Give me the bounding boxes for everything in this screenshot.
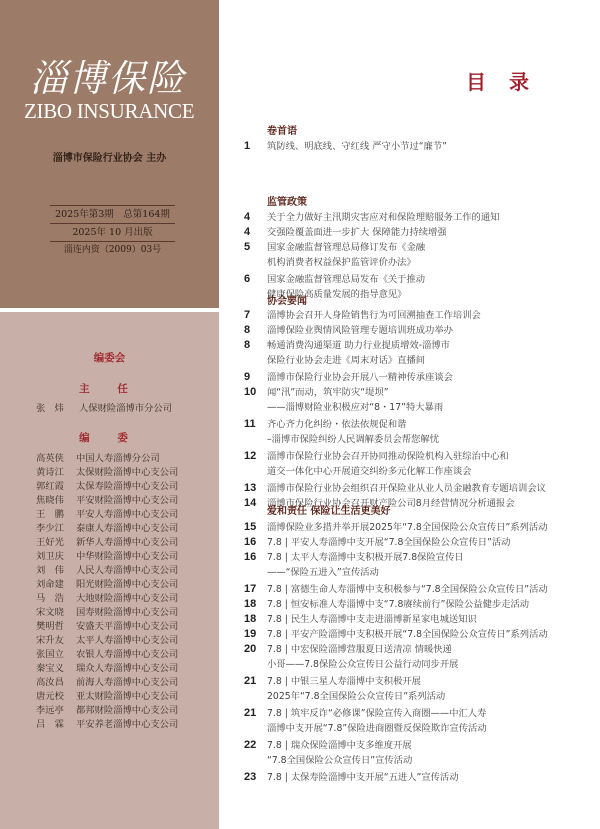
toc-entry[interactable]: 4关于全力做好主汛期灾害应对和保险理赔服务工作的通知 [244,210,499,225]
member-org: 新华人寿淄博中心支公司 [76,536,178,550]
toc-page-number: 5 [244,240,264,255]
toc-entry-title: 7.8 | 平安人寿淄博中支开展“7.8全国保险公众宣传日”活动 [267,535,510,550]
member-row: 李少江泰康人寿淄博中心支公司 [36,522,178,536]
toc-entry-title: ——淄博财险业积极应对“8・17”特大暴雨 [267,400,443,415]
director-row: 张 炜 人保财险淄博市分公司 [36,402,172,416]
toc-entry[interactable]: 12淄博市保险行业协会召开协同推动保险机构入驻综治中心和道交一体化中心开展道交纠… [244,449,509,479]
member-row: 王 鹏平安人寿淄博中心支公司 [36,508,178,522]
member-org: 瑞众人寿淄博中心支公司 [76,662,178,676]
toc-page-number: 22 [244,738,264,753]
toc-page-number: 19 [244,627,264,642]
issue-number: 2025年第3期 总第164期 [50,206,175,223]
member-org: 人保财险淄博市分公司 [79,402,172,416]
toc-page-number: 15 [244,520,264,535]
member-row: 焦晓伟平安财险淄博中心支公司 [36,494,178,508]
member-row: 唐元校亚太财险淄博中心支公司 [36,690,178,704]
member-org: 农银人寿淄博中心支公司 [76,648,178,662]
toc-page-number: 4 [244,225,264,240]
member-name: 李少江 [36,522,76,536]
toc-entry[interactable]: 13淄博市保险行业协会组织召开保险业从业人员金融教育专题培训会议 [244,481,546,496]
member-name: 吕 霖 [36,718,76,732]
toc-entry-title: 淄博保险业舆情风险管理专题培训班成功举办 [267,323,453,338]
toc-entry[interactable]: 237.8 | 太保寿险淄博中支开展“五进人”宣传活动 [244,770,459,785]
toc-entry-title: 7.8 | 筑牢反诈“必修课”保险宣传入商圈——中汇人寿 [267,706,487,721]
member-row: 宋文晓国寿财险淄博中心支公司 [36,606,178,620]
member-name: 刘卫庆 [36,550,76,564]
toc-entry[interactable]: 167.8 | 平安人寿淄博中支开展“7.8全国保险公众宣传日”活动 [244,535,510,550]
member-row: 秦宝义瑞众人寿淄博中心支公司 [36,662,178,676]
toc-page-number: 6 [244,272,264,287]
toc-entry[interactable]: 177.8 | 富德生命人寿淄博中支积极参与“7.8全国保险公众宣传日”活动 [244,582,548,597]
toc-page-number: 9 [244,370,264,385]
toc-entry[interactable]: 10闻“汛”而动，筑牢防灾“堤坝”——淄博财险业积极应对“8・17”特大暴雨 [244,385,443,415]
toc-section-heading: 协会要闻 [267,292,307,307]
member-name: 马 浩 [36,592,76,606]
toc-entry[interactable]: 217.8 | 中银三星人寿淄博中支积极开展2025年“7.8全国保险公众宣传日… [244,674,445,704]
director-heading: 主 任 [0,381,219,396]
member-name: 张 炜 [36,402,76,416]
members-heading: 编 委 [0,430,219,445]
member-row: 高汝昌前海人寿淄博中心支公司 [36,676,178,690]
member-name: 宋文晓 [36,606,76,620]
member-row: 宋升友太平人寿淄博中心支公司 [36,634,178,648]
member-row: 刘 伟人民人寿淄博中心支公司 [36,564,178,578]
member-row: 张国立农银人寿淄博中心支公司 [36,648,178,662]
member-org: 平安养老淄博中心支公司 [76,718,178,732]
toc-section-heading: 爱和责任 保险让生活更美好 [267,502,390,517]
member-org: 国寿财险淄博中心支公司 [76,606,178,620]
toc-entry-title: –淄博市保险纠纷人民调解委员会帮您解忧 [267,432,439,447]
toc-section-heading: 卷首语 [267,122,297,137]
issue-info: 2025年第3期 总第164期 2025年 10 月出版 淄连内资（2009）0… [50,205,175,259]
member-row: 王好光新华人寿淄博中心支公司 [36,536,178,550]
toc-entry[interactable]: 1筑防线、明底线、守红线 严守小节过“廉节” [244,139,447,154]
member-name: 宋升友 [36,634,76,648]
toc-entry-title: ——“保险五进入”宣传活动 [267,565,464,580]
member-org: 太保寿险淄博中心支公司 [76,480,178,494]
toc-entry-title: 淄博市保险行业协会开展八一精神传承座谈会 [267,370,453,385]
toc-entry[interactable]: 227.8 | 瑞众保险淄博中支多维度开展“7.8全国保险公众宣传日”宣传活动 [244,738,412,768]
cover-panel: 淄博保险 ZIBO INSURANCE 淄博市保险行业协会 主办 2025年第3… [0,0,219,308]
member-org: 平安人寿淄博中心支公司 [76,508,178,522]
member-org: 泰康人寿淄博中心支公司 [76,522,178,536]
toc-page-number: 7 [244,308,264,323]
toc-entry-title: 7.8 | 太保寿险淄博中支开展“五进人”宣传活动 [267,770,459,785]
member-row: 吕 霖平安养老淄博中心支公司 [36,718,178,732]
toc-page-number: 21 [244,706,264,721]
member-org: 都邦财险淄博中心支公司 [76,704,178,718]
toc-page-number: 16 [244,535,264,550]
toc-page-number: 18 [244,597,264,612]
toc-page-number: 14 [244,496,264,511]
toc-page-number: 8 [244,338,264,353]
toc-entry[interactable]: 197.8 | 平安产险淄博中支积极开展“7.8全国保险公众宣传日”系列活动 [244,627,548,642]
toc-page-number: 12 [244,449,264,464]
toc-entry-title: 交强险覆盖面进一步扩大 保障能力持续增强 [267,225,447,240]
toc-entry-title: 淄博中支开展“7.8”保险进商圈暨反保险欺诈宣传活动 [267,721,487,736]
member-row: 黄诗江太保财险淄博中心支公司 [36,466,178,480]
toc-entry[interactable]: 187.8 | 恒安标准人寿淄博中支“7.8赓续前行”保险公益健步走活动 [244,597,529,612]
toc-page-number: 16 [244,550,264,565]
member-name: 李远亭 [36,704,76,718]
member-org: 中国人寿淄博分公司 [76,452,160,466]
logo-chinese: 淄博保险 [30,60,200,97]
member-name: 秦宝义 [36,662,76,676]
member-name: 黄诗江 [36,466,76,480]
member-name: 焦晓伟 [36,494,76,508]
toc-page-number: 17 [244,582,264,597]
toc-page-number: 18 [244,612,264,627]
member-row: 马 浩大地财险淄博中心支公司 [36,592,178,606]
toc-page-number: 8 [244,323,264,338]
toc-entry-title: “7.8全国保险公众宣传日”宣传活动 [267,753,412,768]
toc-entry[interactable]: 217.8 | 筑牢反诈“必修课”保险宣传入商圈——中汇人寿淄博中支开展“7.8… [244,706,487,736]
member-name: 刘 伟 [36,564,76,578]
member-name: 王 鹏 [36,508,76,522]
toc-page-number: 13 [244,481,264,496]
member-name: 郭红霞 [36,480,76,494]
member-org: 安盛天平淄博中心支公司 [76,620,178,634]
toc-entry-title: 淄博协会召开人身险销售行为可回溯抽查工作培训会 [267,308,481,323]
toc-entry-title: 7.8 | 太平人寿淄博中支积极开展7.8保险宣传日 [267,550,464,565]
member-name: 唐元校 [36,690,76,704]
permit-number: 淄连内资（2009）03号 [50,242,175,259]
toc-entry-title: 7.8 | 民生人寿淄博中支走进淄博新星家电城送知识 [267,612,477,627]
toc-entry-title: 国家金融监督管理总局修订发布《金融 [267,240,425,255]
member-org: 太保财险淄博中心支公司 [76,466,178,480]
member-org: 亚太财险淄博中心支公司 [76,690,178,704]
member-org: 阳光财险淄博中心支公司 [76,578,178,592]
toc-entry[interactable]: 167.8 | 太平人寿淄博中支积极开展7.8保险宣传日——“保险五进入”宣传活… [244,550,464,580]
toc-page-number: 4 [244,210,264,225]
toc-entry-title: 小哥——7.8保险公众宣传日公益行动同步开展 [267,657,458,672]
toc-page-number: 10 [244,385,264,400]
toc-entry[interactable]: 7淄博协会召开人身险销售行为可回溯抽查工作培训会 [244,308,481,323]
toc-entry-title: 7.8 | 中宏保险淄博营服夏日送清凉 情暖快递 [267,642,458,657]
member-org: 人民人寿淄博中心支公司 [76,564,178,578]
toc-page-number: 1 [244,139,264,154]
toc-entry[interactable]: 11齐心齐力化纠纷・依法依规促和谐–淄博市保险纠纷人民调解委员会帮您解忧 [244,417,439,447]
toc-entry[interactable]: 5国家金融监督管理总局修订发布《金融机构消费者权益保护监管评价办法》 [244,240,425,270]
member-name: 高英侠 [36,452,76,466]
toc-entry[interactable]: 15淄博保险业多措并举开展2025年“7.8全国保险公众宣传日”系列活动 [244,520,548,535]
member-name: 樊明哲 [36,620,76,634]
organizer-text: 淄博市保险行业协会 主办 [0,149,219,164]
member-name: 高汝昌 [36,676,76,690]
member-org: 大地财险淄博中心支公司 [76,592,178,606]
toc-entry[interactable]: 8畅通消费沟通渠道 助力行业提质增效-淄博市保险行业协会走进《周末对话》直播间 [244,338,450,368]
toc-entry-title: 筑防线、明底线、守红线 严守小节过“廉节” [267,139,447,154]
toc-section-heading: 监管政策 [267,193,307,208]
toc-page-number: 11 [244,417,264,432]
member-name: 刘命建 [36,578,76,592]
toc-entry[interactable]: 207.8 | 中宏保险淄博营服夏日送清凉 情暖快递小哥——7.8保险公众宣传日… [244,642,458,672]
toc-entry-title: 闻“汛”而动，筑牢防灾“堤坝” [267,385,443,400]
toc-entry-title: 机构消费者权益保护监管评价办法》 [267,255,425,270]
toc-entry-title: 淄博市保险行业协会组织召开保险业从业人员金融教育专题培训会议 [267,481,546,496]
member-org: 平安财险淄博中心支公司 [76,494,178,508]
toc-entry[interactable]: 187.8 | 民生人寿淄博中支走进淄博新星家电城送知识 [244,612,477,627]
publish-date: 2025年 10 月出版 [50,224,175,241]
toc-title: 目 录 [466,66,537,95]
toc-entry-title: 7.8 | 富德生命人寿淄博中支积极参与“7.8全国保险公众宣传日”活动 [267,582,548,597]
member-row: 郭红霞太保寿险淄博中心支公司 [36,480,178,494]
toc-entry-title: 畅通消费沟通渠道 助力行业提质增效-淄博市 [267,338,450,353]
member-name: 王好光 [36,536,76,550]
member-row: 樊明哲安盛天平淄博中心支公司 [36,620,178,634]
toc-entry-title: 关于全力做好主汛期灾害应对和保险理赔服务工作的通知 [267,210,499,225]
toc-entry-title: 齐心齐力化纠纷・依法依规促和谐 [267,417,439,432]
toc-entry-title: 7.8 | 瑞众保险淄博中支多维度开展 [267,738,412,753]
toc-page-number: 21 [244,674,264,689]
toc-entry[interactable]: 8淄博保险业舆情风险管理专题培训班成功举办 [244,323,453,338]
member-row: 刘命建阳光财险淄博中心支公司 [36,578,178,592]
toc-page-number: 20 [244,642,264,657]
toc-entry-title: 淄博保险业多措并举开展2025年“7.8全国保险公众宣传日”系列活动 [267,520,548,535]
toc-entry-title: 国家金融监督管理总局发布《关于推动 [267,272,425,287]
toc-entry-title: 保险行业协会走进《周末对话》直播间 [267,353,450,368]
member-name: 张国立 [36,648,76,662]
toc-entry-title: 7.8 | 平安产险淄博中支积极开展“7.8全国保险公众宣传日”系列活动 [267,627,548,642]
member-org: 前海人寿淄博中心支公司 [76,676,178,690]
logo-english: ZIBO INSURANCE [24,101,199,122]
editorial-board-title: 编委会 [0,350,219,365]
toc-entry-title: 道交一体化中心开展道交纠纷多元化解工作座谈会 [267,464,509,479]
member-row: 刘卫庆中华财险淄博中心支公司 [36,550,178,564]
member-org: 太平人寿淄博中心支公司 [76,634,178,648]
toc-entry-title: 7.8 | 恒安标准人寿淄博中支“7.8赓续前行”保险公益健步走活动 [267,597,529,612]
member-org: 中华财险淄博中心支公司 [76,550,178,564]
member-row: 李远亭都邦财险淄博中心支公司 [36,704,178,718]
toc-entry-title: 2025年“7.8全国保险公众宣传日”系列活动 [267,689,445,704]
toc-entry[interactable]: 4交强险覆盖面进一步扩大 保障能力持续增强 [244,225,447,240]
toc-entry-title: 7.8 | 中银三星人寿淄博中支积极开展 [267,674,445,689]
toc-entry[interactable]: 9淄博市保险行业协会开展八一精神传承座谈会 [244,370,453,385]
toc-entry-title: 淄博市保险行业协会召开协同推动保险机构入驻综治中心和 [267,449,509,464]
toc-page-number: 23 [244,770,264,785]
member-row: 高英侠中国人寿淄博分公司 [36,452,160,466]
